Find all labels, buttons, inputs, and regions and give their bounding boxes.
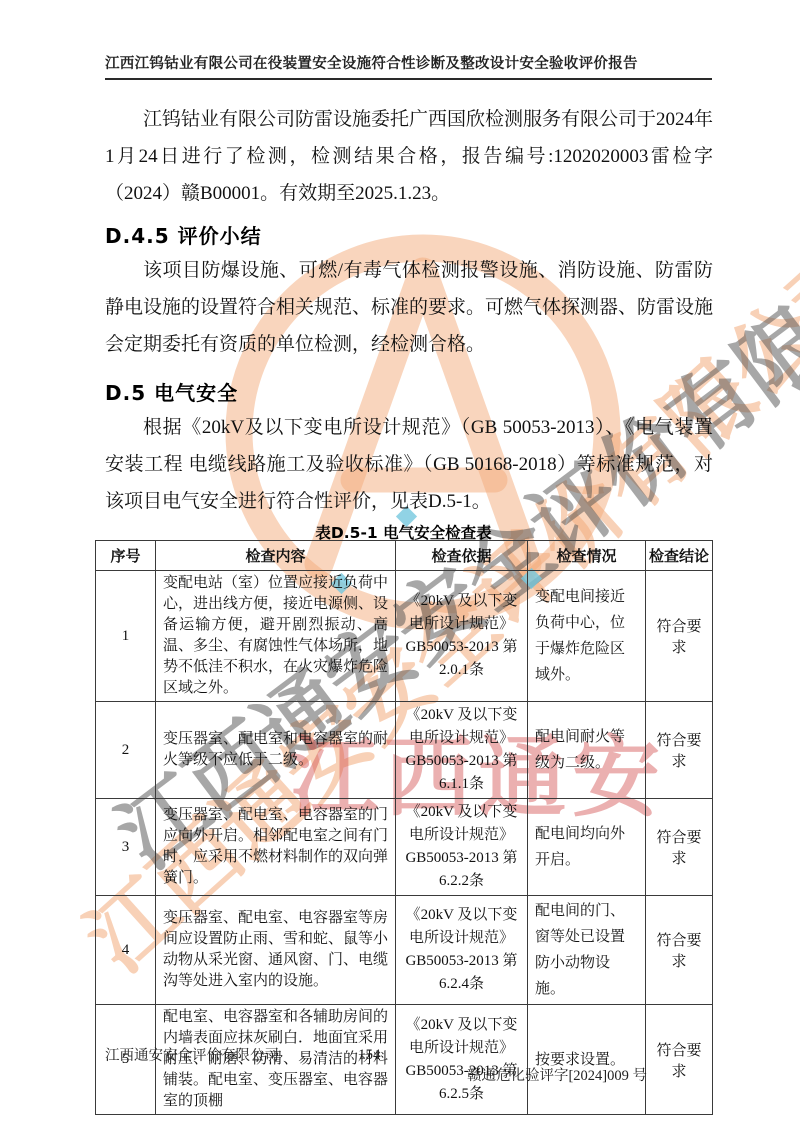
heading-d5: D.5 电气安全	[105, 377, 238, 406]
col-header-conclusion: 检查结论	[646, 541, 713, 571]
inspection-situation-cell: 按要求设置。	[528, 1005, 646, 1115]
inspection-conclusion-cell: 符合要求	[646, 896, 713, 1005]
row-number-cell: 2	[96, 702, 156, 799]
col-header-basis: 检查依据	[396, 541, 528, 571]
inspection-basis-cell: 《20kV 及以下变电所设计规范》GB50053-2013 第6.2.4条	[396, 896, 528, 1005]
inspection-content-cell: 变压器室、配电室和电容器室的耐火等级不应低于二级。	[156, 702, 396, 799]
inspection-situation-cell: 配电间均向外开启。	[528, 799, 646, 896]
inspection-situation-cell: 配电间的门、窗等处已设置防小动物设施。	[528, 896, 646, 1005]
paragraph-d5: 根据《20kV及以下变电所设计规范》（GB 50053-2013）、《电气装置安…	[105, 409, 713, 520]
inspection-basis-cell: 《20kV 及以下变电所设计规范》GB50053-2013 第6.2.5条	[396, 1005, 528, 1115]
table-row: 2 变压器室、配电室和电容器室的耐火等级不应低于二级。 《20kV 及以下变电所…	[96, 702, 713, 799]
inspection-situation-cell: 配电间耐火等级为二级。	[528, 702, 646, 799]
inspection-basis-cell: 《20kV 及以下变电所设计规范》GB50053-2013 第2.0.1条	[396, 571, 528, 702]
inspection-conclusion-cell: 符合要求	[646, 1005, 713, 1115]
inspection-content-cell: 变配电站（室）位置应接近负荷中心，进出线方便，接近电源侧、设备运输方便，避开剧烈…	[156, 571, 396, 702]
inspection-basis-cell: 《20kV 及以下变电所设计规范》GB50053-2013 第6.1.1条	[396, 702, 528, 799]
inspection-situation-cell: 变配电间接近负荷中心，位于爆炸危险区域外。	[528, 571, 646, 702]
document-content: 江西江钨钴业有限公司在役装置安全设施符合性诊断及整改设计安全验收评价报告 江钨钴…	[0, 0, 800, 1131]
heading-d45: D.4.5 评价小结	[105, 220, 262, 249]
col-header-no: 序号	[96, 541, 156, 571]
footer-doc-number: 赣通危化验评字[2024]009 号	[467, 1064, 647, 1085]
row-number-cell: 4	[96, 896, 156, 1005]
inspection-conclusion-cell: 符合要求	[646, 799, 713, 896]
inspection-content-cell: 变压器室、配电室、电容器室的门应向外开启。相邻配电室之间有门时，应采用不燃材料制…	[156, 799, 396, 896]
inspection-conclusion-cell: 符合要求	[646, 702, 713, 799]
report-page: 江西通安安全评价有限公司 江西通安安全评价有限公司 江西通安 江西江钨钴业有限公…	[0, 0, 800, 1131]
electrical-safety-checklist-table: 序号 检查内容 检查依据 检查情况 检查结论 1 变配电站（室）位置应接近负荷中…	[95, 540, 713, 1115]
inspection-content-cell: 变压器室、配电室、电容器室等房间应设置防止雨、雪和蛇、鼠等小动物从采光窗、通风窗…	[156, 896, 396, 1005]
inspection-basis-cell: 《20kV 及以下变电所设计规范》GB50053-2013 第6.2.2条	[396, 799, 528, 896]
table-row: 3 变压器室、配电室、电容器室的门应向外开启。相邻配电室之间有门时，应采用不燃材…	[96, 799, 713, 896]
report-header-title: 江西江钨钴业有限公司在役装置安全设施符合性诊断及整改设计安全验收评价报告	[105, 52, 712, 73]
page-number: 154	[358, 1047, 381, 1064]
table-header-row: 序号 检查内容 检查依据 检查情况 检查结论	[96, 541, 713, 571]
col-header-situation: 检查情况	[528, 541, 646, 571]
footer-company-name: 江西通安安全评价有限公司	[105, 1044, 279, 1065]
col-header-content: 检查内容	[156, 541, 396, 571]
table-row: 4 变压器室、配电室、电容器室等房间应设置防止雨、雪和蛇、鼠等小动物从采光窗、通…	[96, 896, 713, 1005]
row-number-cell: 1	[96, 571, 156, 702]
row-number-cell: 3	[96, 799, 156, 896]
paragraph-d45: 该项目防爆设施、可燃/有毒气体检测报警设施、消防设施、防雷防静电设施的设置符合相…	[105, 252, 713, 363]
intro-paragraph: 江钨钴业有限公司防雷设施委托广西国欣检测服务有限公司于2024年1月24日进行了…	[105, 101, 713, 212]
inspection-conclusion-cell: 符合要求	[646, 571, 713, 702]
header-rule	[105, 78, 712, 80]
table-row: 1 变配电站（室）位置应接近负荷中心，进出线方便，接近电源侧、设备运输方便，避开…	[96, 571, 713, 702]
